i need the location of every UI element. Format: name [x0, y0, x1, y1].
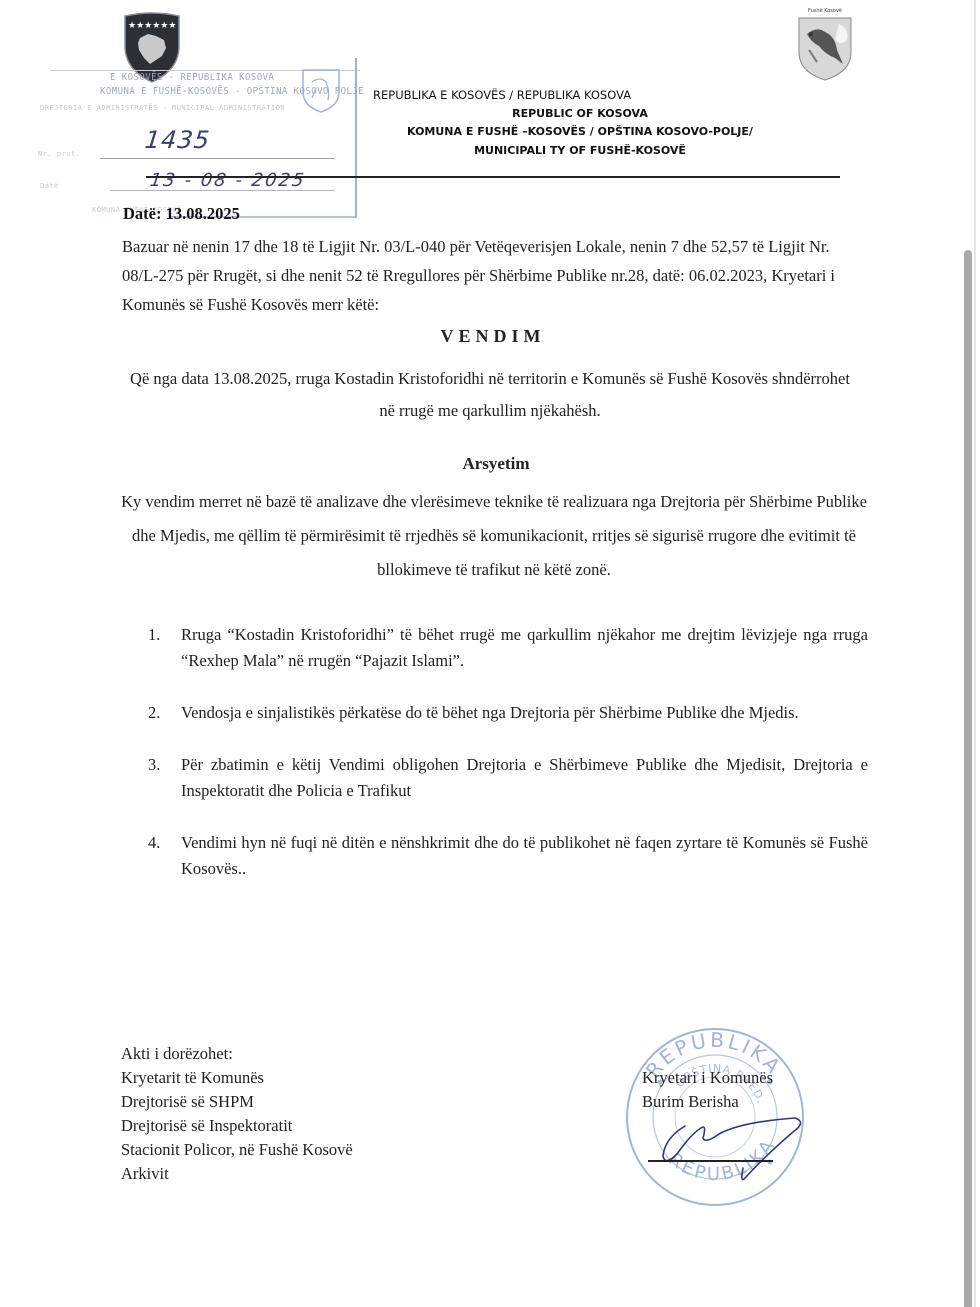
distribution-recipient: Drejtorisë së SHPM: [121, 1090, 421, 1114]
page-edge: [974, 0, 976, 1307]
distribution-title: Akti i dorëzohet:: [121, 1042, 421, 1066]
header-line-2: REPUBLIC OF KOSOVA: [300, 105, 860, 124]
reasoning-title: Arsyetim: [0, 454, 980, 474]
decision-point: 4. Vendimi hyn në fuqi në ditën e nënshk…: [148, 830, 868, 882]
svg-text:★★★★★★: ★★★★★★: [128, 21, 176, 31]
letterhead: REPUBLIKA E KOSOVËS / REPUBLIKA KOSOVA R…: [300, 86, 860, 160]
header-line-1: REPUBLIKA E KOSOVËS / REPUBLIKA KOSOVA: [300, 86, 860, 105]
signature-block: Kryetari i Komunës Burim Berisha: [642, 1066, 773, 1114]
handwritten-signature-icon: [645, 1108, 810, 1188]
header-divider: [146, 176, 840, 178]
registry-date: 13 - 08 - 2025: [149, 170, 307, 191]
point-number: 2.: [148, 700, 160, 726]
decision-title: VENDIM: [0, 326, 980, 347]
point-number: 3.: [148, 752, 160, 778]
point-number: 1.: [148, 622, 160, 648]
decision-point: 3. Për zbatimin e këtij Vendimi obligohe…: [148, 752, 868, 804]
distribution-recipient: Stacionit Policor, në Fushë Kosovë: [121, 1138, 421, 1162]
point-text: Rruga “Kostadin Kristoforidhi” të bëhet …: [181, 625, 868, 670]
signatory-role: Kryetari i Komunës: [642, 1066, 773, 1090]
scrollbar-thumb[interactable]: [964, 250, 972, 1307]
decision-point: 2. Vendosja e sinjalistikës përkatëse do…: [148, 700, 868, 726]
distribution-list: Akti i dorëzohet: Kryetarit të Komunës D…: [121, 1042, 421, 1186]
decision-text: Që nga data 13.08.2025, rruga Kostadin K…: [130, 363, 850, 427]
header-line-4: MUNICIPALI TY OF FUSHË-KOSOVË: [300, 142, 860, 161]
point-number: 4.: [148, 830, 160, 856]
vertical-scrollbar[interactable]: [964, 250, 972, 1307]
header-line-3: KOMUNA E FUSHË –KOSOVËS / OPŠTINA KOSOVO…: [300, 123, 860, 142]
stamp-line-3: DREJTORIA E ADMINISTRATËS - MUNICIPAL AD…: [40, 104, 285, 112]
distribution-recipient: Drejtorisë së Inspektoratit: [121, 1114, 421, 1138]
document-page: ★★★★★★ Fushë Kosovë E KOSOVËS - REPUBLIK…: [0, 0, 980, 1307]
distribution-recipient: Arkivit: [121, 1162, 421, 1186]
legal-basis-paragraph: Bazuar në nenin 17 dhe 18 të Ligjit Nr. …: [122, 232, 862, 319]
point-text: Vendosja e sinjalistikës përkatëse do të…: [181, 703, 799, 722]
point-text: Për zbatimin e këtij Vendimi obligohen D…: [181, 755, 868, 800]
point-text: Vendimi hyn në fuqi në ditën e nënshkrim…: [181, 833, 868, 878]
stamp-date-label: Datë: [40, 182, 59, 190]
decision-point: 1. Rruga “Kostadin Kristoforidhi” të bëh…: [148, 622, 868, 674]
signature-line: [648, 1160, 773, 1162]
distribution-recipient: Kryetarit të Komunës: [121, 1066, 421, 1090]
stamp-line-1: E KOSOVËS - REPUBLIKA KOSOVA: [110, 72, 274, 83]
document-date: Datë: 13.08.2025: [123, 204, 240, 224]
registry-number: 1435: [144, 126, 212, 154]
municipal-coat-of-arms-icon: [795, 6, 855, 82]
decision-points: 1. Rruga “Kostadin Kristoforidhi” të bëh…: [148, 622, 868, 882]
reasoning-text: Ky vendim merret në bazë të analizave dh…: [118, 485, 870, 587]
stamp-number-label: Nr. prot.: [38, 150, 80, 158]
